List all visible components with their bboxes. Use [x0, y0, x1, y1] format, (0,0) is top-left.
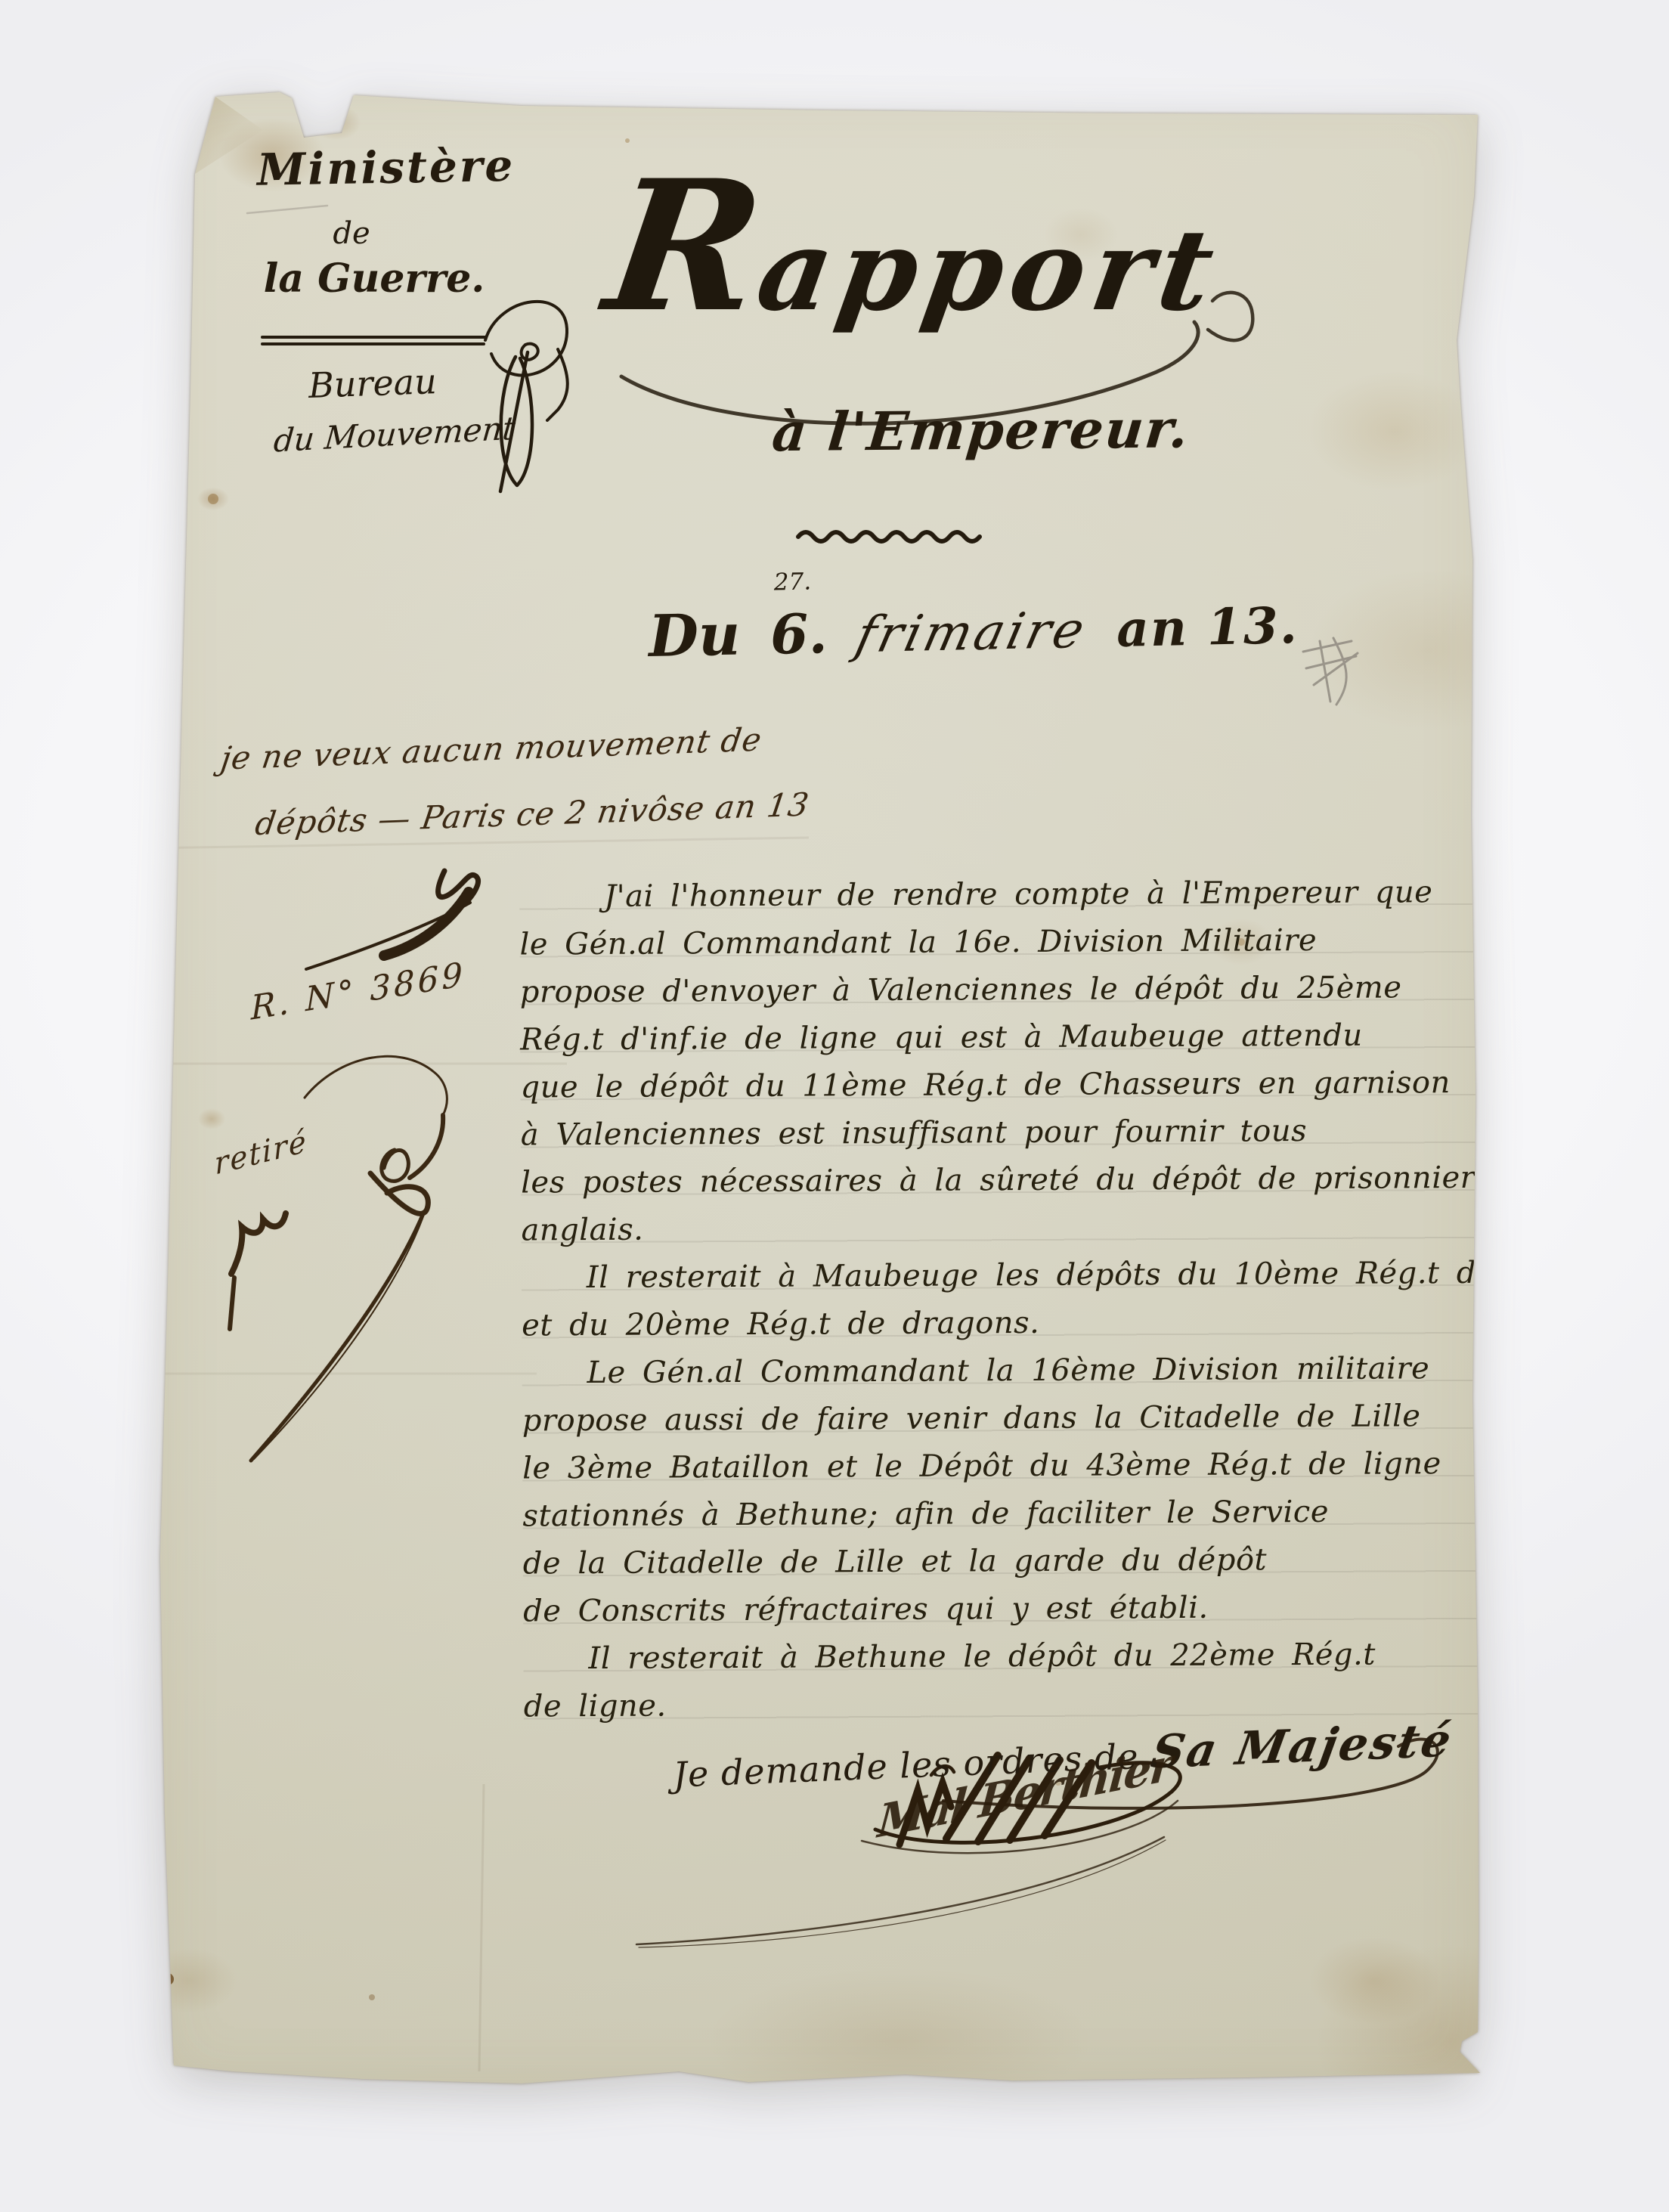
- ministry-name-line3: la Guerre.: [249, 256, 499, 302]
- date-line: Du 27. 6. frimaire an 13.: [648, 589, 1299, 670]
- date-year: an 13.: [1116, 596, 1299, 658]
- body-line: le Gén.al Commandant la 16e. Division Mi…: [519, 915, 1532, 968]
- body-line: à Valenciennes est insuffisant pour four…: [521, 1106, 1534, 1159]
- imperial-annotation: je ne veux aucun mouvement de dépôts — P…: [207, 705, 823, 860]
- date-prefix: Du: [648, 600, 741, 670]
- margin-paraph-icon: [230, 1056, 447, 1461]
- ministry-name-line2: de: [257, 216, 446, 251]
- body-line: et du 20ème Rég.t de dragons.: [522, 1297, 1534, 1349]
- date-day-group: 27. 6.: [769, 601, 828, 667]
- body-line: anglais.: [521, 1201, 1534, 1254]
- date-inserted-day: 27.: [773, 568, 811, 596]
- body-line: Il resterait à Maubeuge les dépôts du 10…: [522, 1249, 1534, 1302]
- subtitle-squiggle-icon: [798, 532, 980, 541]
- document-paper: Ministère de la Guerre. Bureau du Mouvem…: [144, 76, 1497, 2102]
- body-line: stationnés à Bethune; afin de faciliter …: [522, 1487, 1535, 1540]
- registry-paraph-icon: [306, 871, 478, 969]
- bureau-name-line1: Bureau: [308, 361, 437, 406]
- body-line: Rég.t d'inf.ie de ligne qui est à Maubeu…: [520, 1011, 1533, 1064]
- report-body: J'ai l'honneur de rendre compte à l'Empe…: [519, 868, 1537, 1730]
- body-line: les postes nécessaires à la sûreté du dé…: [521, 1154, 1534, 1207]
- report-title: Rapport: [567, 157, 1262, 337]
- body-line: de la Citadelle de Lille et la garde du …: [523, 1535, 1536, 1588]
- report-subtitle: à l'Empereur.: [769, 398, 1153, 463]
- report-title-initial: R: [597, 157, 772, 337]
- body-line: de Conscrits réfractaires qui y est étab…: [523, 1582, 1536, 1635]
- report-title-rest: apport: [751, 214, 1228, 326]
- paper-shadow-wrap: Ministère de la Guerre. Bureau du Mouvem…: [0, 0, 1669, 2212]
- body-line: J'ai l'honneur de rendre compte à l'Empe…: [519, 868, 1532, 921]
- body-line: propose aussi de faire venir dans la Cit…: [522, 1392, 1535, 1445]
- bureau-name-line2: du Mouvement: [272, 409, 517, 459]
- body-line: Il resterait à Bethune le dépôt du 22ème…: [523, 1630, 1536, 1683]
- body-line: que le dépôt du 11ème Rég.t de Chasseurs…: [520, 1058, 1533, 1111]
- body-line: Le Gén.al Commandant la 16ème Division m…: [522, 1344, 1534, 1397]
- date-day: 6.: [769, 601, 828, 667]
- date-month: frimaire: [851, 601, 1093, 665]
- withdrawn-note: retiré: [213, 1123, 308, 1182]
- closing-majesty-text: Sa Majesté: [1147, 1714, 1457, 1780]
- photo-background: Ministère de la Guerre. Bureau du Mouvem…: [0, 0, 1669, 2212]
- body-line: le 3ème Bataillon et le Dépôt du 43ème R…: [522, 1439, 1535, 1492]
- body-line: propose d'envoyer à Valenciennes le dépô…: [520, 963, 1533, 1016]
- ministry-name-line1: Ministère: [256, 140, 499, 196]
- registry-number: R. N° 3869: [250, 955, 466, 1027]
